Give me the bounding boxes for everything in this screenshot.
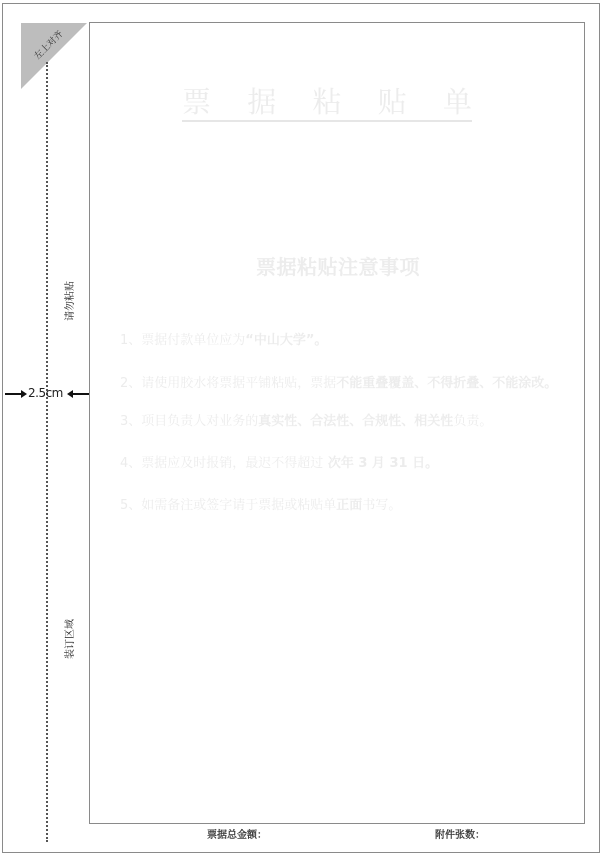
title-underline (182, 120, 472, 122)
notice-item: 2、请使用胶水将票据平铺粘贴，票据不能重叠覆盖、不得折叠、不能涂改。 (120, 369, 580, 398)
notice-number: 1、 (120, 333, 141, 348)
notice-list: 1、票据付款单位应为“中山大学”。 2、请使用胶水将票据平铺粘贴，票据不能重叠覆… (120, 331, 580, 538)
binding-area-label: 装订区域 (61, 614, 75, 664)
attachment-count-label: 附件张数： (435, 826, 485, 841)
notice-suffix: 负责。 (453, 414, 492, 429)
margin-width-text: 2.5cm (28, 386, 63, 400)
notice-heading: 票据粘贴注意事项 (90, 251, 586, 280)
receipt-paste-area: 票 据 粘 贴 单 票据粘贴注意事项 1、票据付款单位应为“中山大学”。 2、请… (89, 22, 585, 824)
title-char: 票 (182, 80, 211, 121)
notice-emphasis: 正面 (336, 498, 362, 513)
notice-text: 项目负责人对业务的 (141, 414, 258, 429)
notice-number: 4、 (120, 456, 141, 471)
margin-indicator: 2.5cm (3, 386, 89, 402)
notice-number: 3、 (120, 414, 141, 429)
binding-dotted-line (46, 62, 48, 842)
notice-item: 1、票据付款单位应为“中山大学”。 (120, 331, 580, 351)
arrow-left-icon (71, 393, 89, 395)
notice-number: 5、 (120, 498, 141, 513)
title-char: 据 (247, 80, 276, 121)
notice-item: 4、票据应及时报销，最迟不得超过 次年 3 月 31 日。 (120, 454, 580, 474)
notice-item: 5、如需备注或签字请于票据或粘贴单正面书写。 (120, 496, 580, 516)
notice-emphasis: “中山大学”。 (245, 333, 327, 348)
title-char: 粘 (312, 80, 341, 121)
notice-number: 2、 (120, 376, 141, 391)
notice-text: 票据应及时报销，最迟不得超过 (141, 456, 323, 471)
notice-emphasis: 次年 3 月 31 日。 (323, 456, 438, 471)
footer-row: 票据总金额： 附件张数： (89, 824, 585, 846)
notice-item: 3、项目负责人对业务的真实性、合法性、合规性、相关性负责。 (120, 412, 580, 432)
total-amount-label: 票据总金额： (207, 826, 267, 841)
no-paste-label: 请勿粘贴 (61, 276, 75, 326)
title-char: 贴 (378, 80, 407, 121)
title-char: 单 (443, 80, 472, 121)
form-title: 票 据 粘 贴 单 (182, 80, 472, 121)
notice-emphasis: 不能重叠覆盖、不得折叠、不能涂改。 (336, 376, 557, 391)
notice-emphasis: 真实性、合法性、合规性、相关性 (258, 414, 453, 429)
arrow-right-icon (5, 393, 23, 395)
notice-text: 票据付款单位应为 (141, 333, 245, 348)
notice-text: 请使用胶水将票据平铺粘贴，票据 (141, 376, 336, 391)
page-sheet: 左上对齐 请勿粘贴 装订区域 2.5cm 票 据 粘 贴 单 票据粘贴注意事项 … (2, 3, 600, 853)
notice-suffix: 书写。 (362, 498, 401, 513)
notice-text: 如需备注或签字请于票据或粘贴单 (141, 498, 336, 513)
